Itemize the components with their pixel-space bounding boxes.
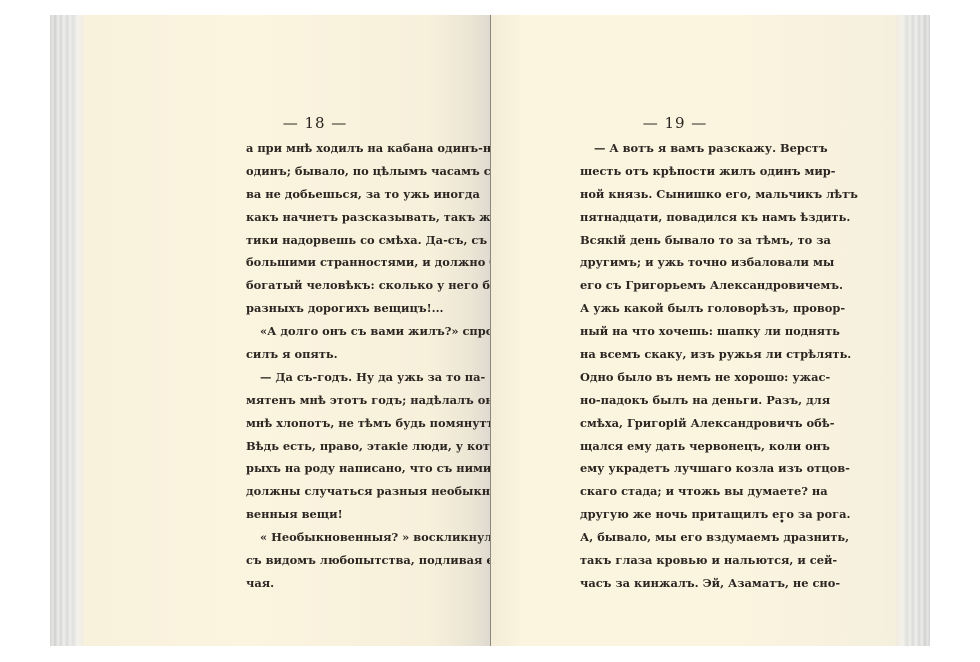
text-line: ной князь. Сынишко его, мальчикъ лѣтъ bbox=[580, 183, 806, 206]
text-line: рыхъ на роду написано, что съ ними bbox=[246, 457, 472, 480]
text-line: богатый человѣкъ: сколько у него было bbox=[246, 274, 472, 297]
text-line: силъ я опять. bbox=[246, 343, 472, 366]
text-line: А, бывало, мы его вздумаемъ дразнить, bbox=[580, 526, 806, 549]
text-line: мнѣ хлопотъ, не тѣмъ будь помянутъ! bbox=[246, 412, 472, 435]
text-line: — Да съ-годъ. Ну да ужь за то па- bbox=[246, 366, 472, 389]
text-line: часъ за кинжалъ. Эй, Азаматъ, не сно- bbox=[580, 572, 806, 595]
signature-mark: • bbox=[779, 517, 785, 528]
right-page: — 19 — — А вотъ я вамъ разскажу. Верстъш… bbox=[491, 15, 896, 646]
text-line: разныхъ дорогихъ вещицъ!... bbox=[246, 297, 472, 320]
text-line: Всякій день бывало то за тѣмъ, то за bbox=[580, 229, 806, 252]
text-line: большими странностями, и должно быть bbox=[246, 251, 472, 274]
text-line: ный на что хочешь: шапку ли поднять bbox=[580, 320, 806, 343]
text-line: одинъ; бывало, по цѣлымъ часамъ сло- bbox=[246, 160, 472, 183]
text-line: Вѣдь есть, право, этакіе люди, у кото- bbox=[246, 435, 472, 458]
left-page-text: а при мнѣ ходилъ на кабана одинъ-на-один… bbox=[246, 137, 472, 595]
text-line: тики надорвешь со смѣха. Да-съ, съ bbox=[246, 229, 472, 252]
text-line: А ужь какой былъ головорѣзъ, провор- bbox=[580, 297, 806, 320]
text-line: пятнадцати, повадился къ намъ ѣздить. bbox=[580, 206, 806, 229]
text-line: « Необыкновенныя? » воскликнулъ я bbox=[246, 526, 472, 549]
text-line: мятенъ мнѣ этотъ годъ; надѣлалъ онъ bbox=[246, 389, 472, 412]
text-line: должны случаться разныя необыкно- bbox=[246, 480, 472, 503]
text-line: венныя вещи! bbox=[246, 503, 472, 526]
open-book: — 18 — а при мнѣ ходилъ на кабана одинъ-… bbox=[50, 15, 930, 646]
page-number-19: — 19 — bbox=[625, 114, 725, 132]
text-line: Одно было въ немъ не хорошо: ужас- bbox=[580, 366, 806, 389]
text-line: какъ начнетъ разсказывать, такъ живо- bbox=[246, 206, 472, 229]
text-line: такъ глаза кровью и нальются, и сей- bbox=[580, 549, 806, 572]
text-line: но-падокъ былъ на деньги. Разъ, для bbox=[580, 389, 806, 412]
text-line: щался ему дать червонецъ, коли онъ bbox=[580, 435, 806, 458]
text-line: шесть отъ крѣпости жилъ одинъ мир- bbox=[580, 160, 806, 183]
text-line: другимъ; и ужь точно избаловали мы bbox=[580, 251, 806, 274]
text-line: «А долго онъ съ вами жилъ?» спро- bbox=[246, 320, 472, 343]
text-line: — А вотъ я вамъ разскажу. Верстъ bbox=[580, 137, 806, 160]
text-line: ва не добьешься, за то ужь иногда bbox=[246, 183, 472, 206]
page-edges-left bbox=[50, 15, 84, 646]
text-line: смѣха, Григорій Александровичъ обѣ- bbox=[580, 412, 806, 435]
page-edges-right bbox=[896, 15, 930, 646]
page-number-18: — 18 — bbox=[265, 114, 365, 132]
right-page-text: — А вотъ я вамъ разскажу. Верстъшесть от… bbox=[580, 137, 806, 595]
text-line: чая. bbox=[246, 572, 472, 595]
text-line: ему украдетъ лучшаго козла изъ отцов- bbox=[580, 457, 806, 480]
text-line: съ видомъ любопытства, подливая ему bbox=[246, 549, 472, 572]
text-line: на всемъ скаку, изъ ружья ли стрѣлять. bbox=[580, 343, 806, 366]
text-line: его съ Григорьемъ Александровичемъ. bbox=[580, 274, 806, 297]
text-line: скаго стада; и чтожь вы думаете? на bbox=[580, 480, 806, 503]
left-page: — 18 — а при мнѣ ходилъ на кабана одинъ-… bbox=[84, 15, 490, 646]
text-line: а при мнѣ ходилъ на кабана одинъ-на- bbox=[246, 137, 472, 160]
text-line: другую же ночь притащилъ его за рога. bbox=[580, 503, 806, 526]
